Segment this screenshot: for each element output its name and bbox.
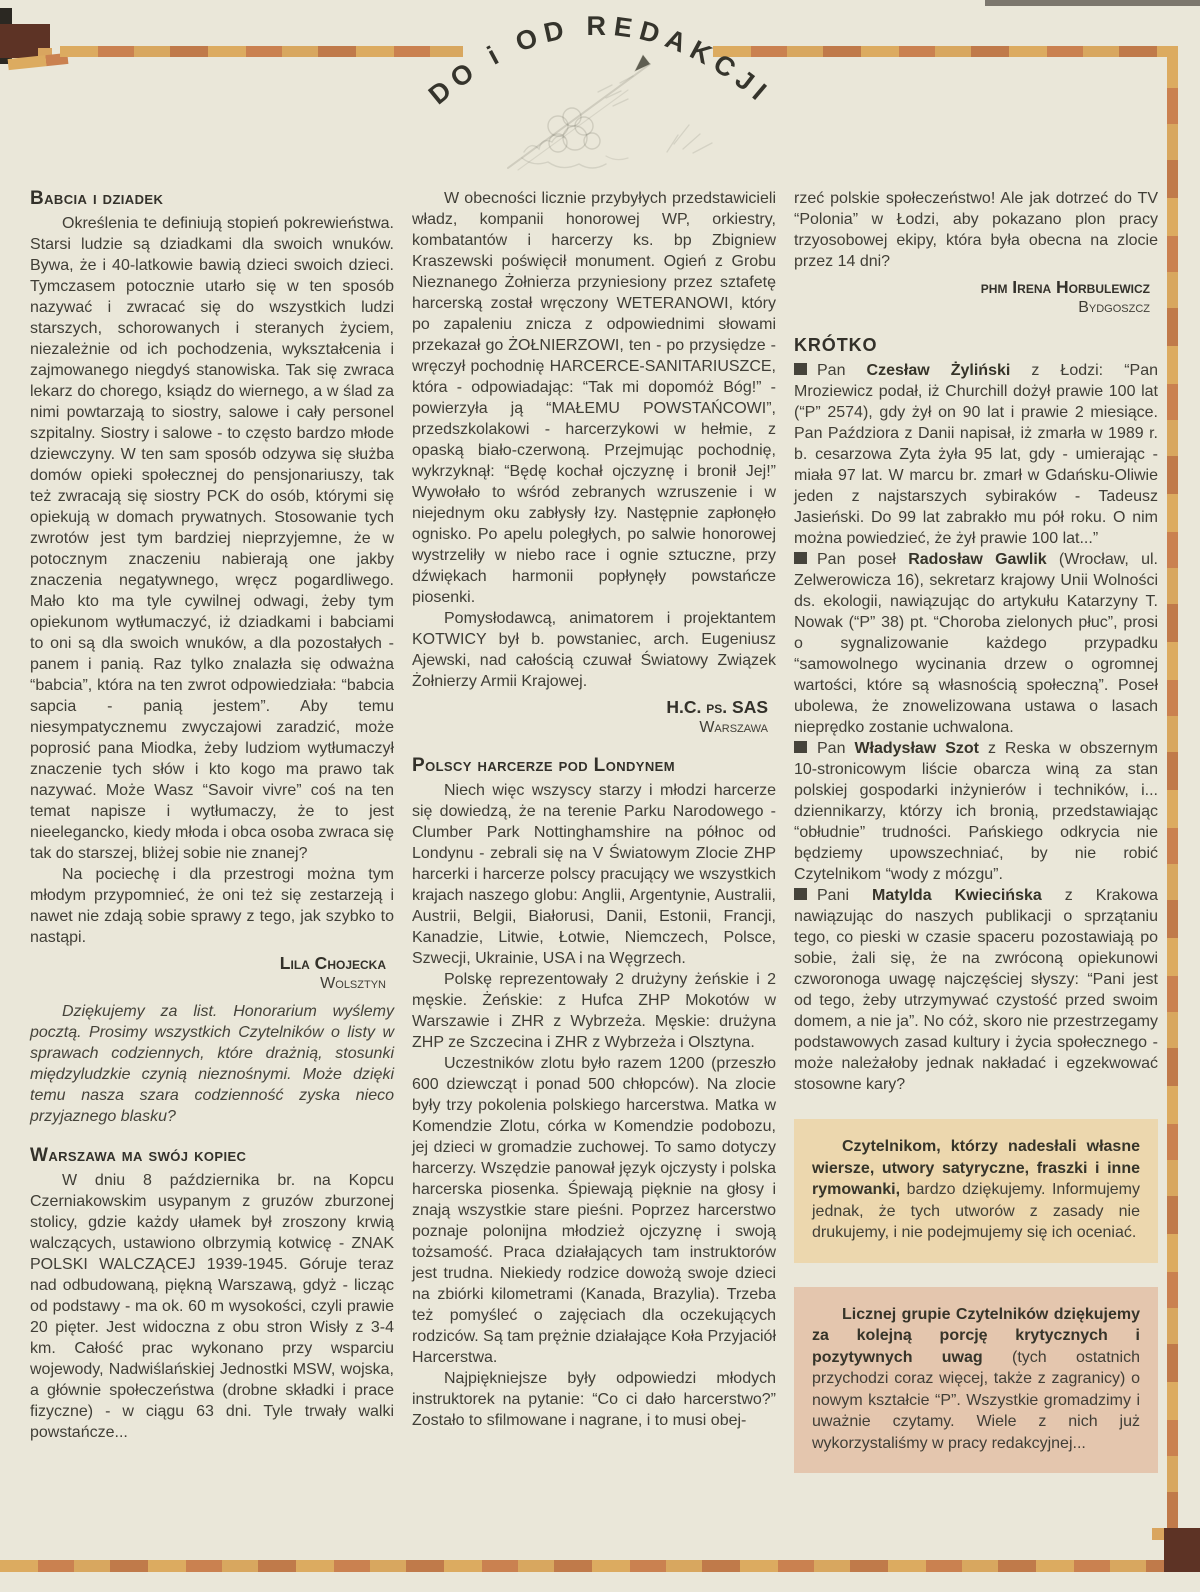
text-run: (Wrocław, ul. Zelwerowicza 16), sekretar… bbox=[794, 551, 1158, 736]
bullet-square-icon bbox=[794, 888, 807, 900]
article-paragraph: Niech więc wszyscy starzy i młodzi harce… bbox=[412, 780, 776, 969]
bullet-square-icon bbox=[794, 552, 807, 564]
article-paragraph: rzeć polskie społeczeństwo! Ale jak dotr… bbox=[794, 188, 1158, 272]
column-left: Babcia i dziadekOkreślenia te definiują … bbox=[30, 188, 394, 1473]
text-run: Pan poseł bbox=[817, 551, 908, 568]
text-run: Pani bbox=[817, 887, 872, 904]
columns: Babcia i dziadekOkreślenia te definiują … bbox=[30, 188, 1158, 1473]
column-middle: W obecności licznie przybyłych przedstaw… bbox=[412, 188, 776, 1473]
page-header: DO i OD REDAKCJI bbox=[0, 0, 1200, 190]
column-right: rzeć polskie społeczeństwo! Ale jak dotr… bbox=[794, 188, 1158, 1473]
letter-signature: phm Irena HorbulewiczBydgoszcz bbox=[794, 277, 1158, 317]
bottom-right-corner-notch bbox=[1152, 1528, 1164, 1540]
bottom-border bbox=[0, 1560, 1200, 1572]
magazine-page: DO i OD REDAKCJI Babcia i bbox=[0, 0, 1200, 1592]
bullet-square-icon bbox=[794, 363, 807, 375]
text-run: z Łodzi: “Pan Mroziewicz podał, iż Churc… bbox=[794, 362, 1158, 547]
signature-place: Bydgoszcz bbox=[794, 298, 1150, 317]
editorial-note: Dziękujemy za list. Honorarium wyślemy p… bbox=[30, 1001, 394, 1127]
section-heading: Babcia i dziadek bbox=[30, 188, 394, 209]
section-heading: Warszawa ma swój kopiec bbox=[30, 1145, 394, 1166]
letter-signature: Lila ChojeckaWolsztyn bbox=[30, 953, 394, 993]
quill-hand-illustration bbox=[478, 48, 722, 176]
right-border bbox=[1167, 50, 1178, 1530]
signature-place: Warszawa bbox=[412, 718, 768, 737]
article-paragraph: Uczestników zlotu było razem 1200 (przes… bbox=[412, 1053, 776, 1368]
text-run: z Reska w obszernym 10-stronicowym liści… bbox=[794, 740, 1158, 883]
signature-place: Wolsztyn bbox=[30, 974, 386, 993]
article-paragraph: Polskę reprezentowały 2 drużyny żeńskie … bbox=[412, 969, 776, 1053]
notice-text: Licznej grupie Czytelników dziękujemy za… bbox=[812, 1304, 1140, 1455]
notice-text: Czytelnikom, którzy nadesłali własne wie… bbox=[812, 1136, 1140, 1244]
letter-signature: H.C. ps. SASWarszawa bbox=[412, 697, 776, 737]
text-run: Pan bbox=[817, 740, 854, 757]
text-run: Pan bbox=[817, 362, 867, 379]
brief-item: Pan poseł Radosław Gawlik (Wrocław, ul. … bbox=[794, 549, 1158, 738]
bold-text: Władysław Szot bbox=[854, 740, 979, 757]
bottom-right-corner-block bbox=[1164, 1528, 1200, 1572]
signature-name: phm Irena Horbulewicz bbox=[794, 277, 1150, 298]
section-heading: Polscy harcerze pod Londynem bbox=[412, 755, 776, 776]
signature-name: Lila Chojecka bbox=[30, 953, 386, 974]
bold-text: Czesław Żyliński bbox=[867, 362, 1011, 379]
bullet-square-icon bbox=[794, 741, 807, 753]
signature-name: H.C. ps. SAS bbox=[412, 697, 768, 718]
article-paragraph: Najpiękniejsze były odpowiedzi młodych i… bbox=[412, 1368, 776, 1431]
brief-item: Pani Matylda Kwiecińska z Krakowa nawiąz… bbox=[794, 885, 1158, 1095]
article-paragraph: Na pociechę i dla przestrogi można tym m… bbox=[30, 864, 394, 948]
bold-text: Matylda Kwiecińska bbox=[872, 887, 1042, 904]
article-paragraph: W dniu 8 października br. na Kopcu Czern… bbox=[30, 1170, 394, 1443]
section-heading: KRÓTKO bbox=[794, 335, 1158, 356]
notice-box: Licznej grupie Czytelników dziękujemy za… bbox=[794, 1287, 1158, 1474]
bold-text: Radosław Gawlik bbox=[908, 551, 1047, 568]
notice-box: Czytelnikom, którzy nadesłali własne wie… bbox=[794, 1119, 1158, 1263]
article-paragraph: W obecności licznie przybyłych przedstaw… bbox=[412, 188, 776, 608]
text-run: z Krakowa nawiązując do naszych publikac… bbox=[794, 887, 1158, 1093]
brief-item: Pan Władysław Szot z Reska w obszernym 1… bbox=[794, 738, 1158, 885]
article-paragraph: Określenia te definiują stopień pokrewie… bbox=[30, 213, 394, 864]
brief-item: Pan Czesław Żyliński z Łodzi: “Pan Mrozi… bbox=[794, 360, 1158, 549]
article-paragraph: Pomysłodawcą, animatorem i projektantem … bbox=[412, 608, 776, 692]
